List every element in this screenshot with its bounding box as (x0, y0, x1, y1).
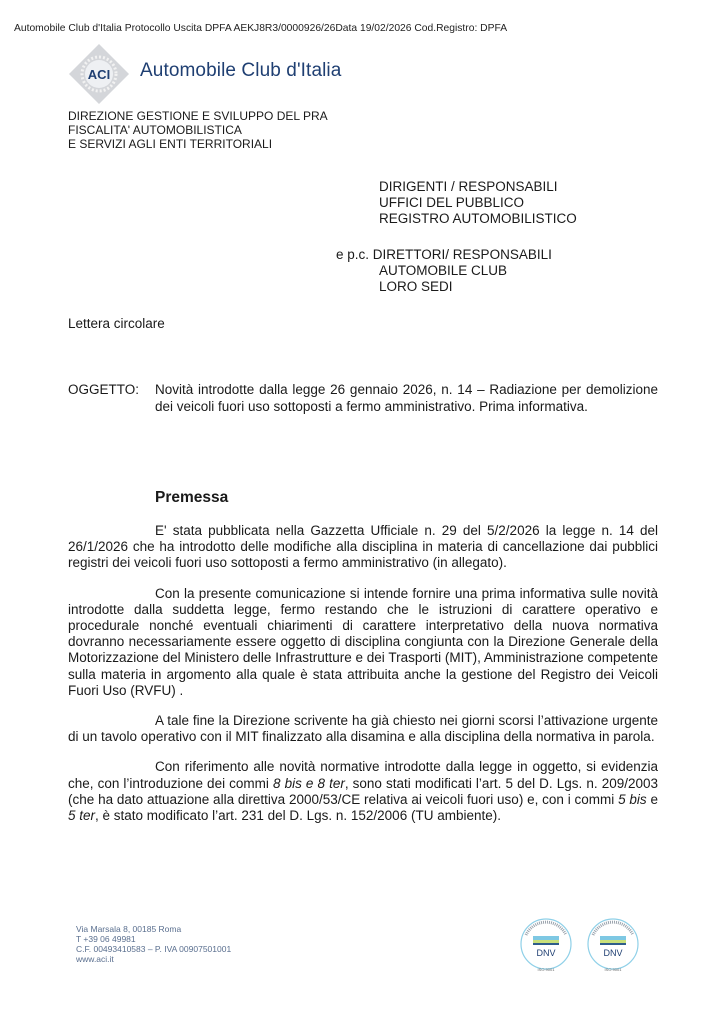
cc-line: DIRETTORI/ RESPONSABILI (373, 247, 552, 262)
svg-text:ISO 9001: ISO 9001 (538, 967, 556, 972)
svg-text:ACI: ACI (88, 67, 110, 82)
cc-block: e p.c. DIRETTORI/ RESPONSABILI AUTOMOBIL… (336, 247, 552, 295)
aci-logo: ACI Automobile Club d'Italia (68, 43, 328, 103)
recipients-block: DIRIGENTI / RESPONSABILI UFFICI DEL PUBB… (379, 179, 577, 227)
recipient-line: DIRIGENTI / RESPONSABILI (379, 179, 577, 195)
cc-prefix: e p.c. (336, 247, 369, 262)
svg-text:DNV: DNV (603, 948, 622, 958)
svg-text:ISO 9001: ISO 9001 (605, 967, 623, 972)
cc-line: AUTOMOBILE CLUB (336, 263, 552, 279)
logo-name: Automobile Club d'Italia (140, 60, 341, 82)
protocol-stamp: Automobile Club d'Italia Protocollo Usci… (14, 23, 507, 34)
footer-website: www.aci.it (76, 954, 231, 964)
letter-body: E' stata pubblicata nella Gazzetta Uffic… (68, 523, 658, 838)
department-line: FISCALITA' AUTOMOBILISTICA (68, 123, 328, 137)
dnv-certification-icon: DNV ISO 9001 (518, 915, 574, 977)
dnv-certification-icon: DNV ISO 9001 (585, 915, 641, 977)
footer-phone: T +39 06 49981 (76, 934, 231, 944)
recipient-line: UFFICI DEL PUBBLICO (379, 195, 577, 211)
subject-label: OGGETTO: (68, 381, 139, 398)
subject-text: Novità introdotte dalla legge 26 gennaio… (155, 381, 658, 415)
paragraph: Con riferimento alle novità normative in… (68, 759, 658, 824)
department-heading: DIREZIONE GESTIONE E SVILUPPO DEL PRA FI… (68, 109, 328, 151)
footer-address: Via Marsala 8, 00185 Roma (76, 924, 231, 934)
letter-type: Lettera circolare (68, 316, 165, 331)
svg-text:DNV: DNV (536, 948, 555, 958)
department-line: DIREZIONE GESTIONE E SVILUPPO DEL PRA (68, 109, 328, 123)
cc-line: LORO SEDI (336, 279, 552, 295)
footer-tax-ids: C.F. 00493410583 – P. IVA 00907501001 (76, 944, 231, 954)
paragraph: A tale fine la Direzione scrivente ha gi… (68, 713, 658, 745)
section-title: Premessa (155, 489, 228, 507)
aci-diamond-logo-icon: ACI (68, 43, 130, 105)
footer-contacts: Via Marsala 8, 00185 Roma T +39 06 49981… (76, 924, 231, 964)
subject-block: OGGETTO: Novità introdotte dalla legge 2… (68, 381, 658, 415)
paragraph: E' stata pubblicata nella Gazzetta Uffic… (68, 523, 658, 572)
department-line: E SERVIZI AGLI ENTI TERRITORIALI (68, 137, 328, 151)
recipient-line: REGISTRO AUTOMOBILISTICO (379, 211, 577, 227)
paragraph: Con la presente comunicazione si intende… (68, 586, 658, 699)
